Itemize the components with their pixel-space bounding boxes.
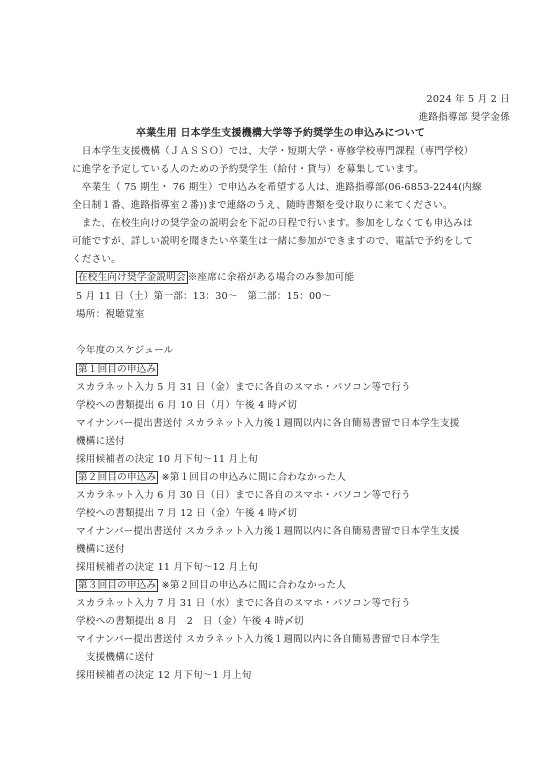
round-1-label: 第１回目の申込み (76, 363, 158, 376)
round-3-header: 第３回目の申込み ※第２回目の申込みに間に合わなかった人 (76, 580, 346, 592)
round-2-line: スカラネット入力 6 月 30 日（日）までに各自のスマホ・パソコン等で行う (76, 490, 411, 502)
round-3-line: 支援機構に送付 (76, 652, 154, 664)
briefing-label: 在校生向け奨学金説明会 (76, 271, 188, 284)
department: 進路指導部 奨学金係 (419, 112, 510, 124)
round-2-line: 学校への書類提出 7 月 12 日（金）午後 4 時〆切 (76, 508, 297, 520)
round-1-line: 機構に送付 (76, 436, 125, 448)
intro-line: また、在校生向けの奨学金の説明会を下記の日程で行います。参加をしなくても申込みは (72, 218, 473, 230)
briefing-note: ※座席に余裕がある場合のみ参加可能 (188, 272, 355, 283)
document-title: 卒業生用 日本学生支援機構大学等予約奨学生の申込みについて (136, 128, 425, 140)
intro-line: 日本学生支援機構（ＪＡＳＳＯ）では、大学・短期大学・専修学校専門課程（専門学校） (72, 146, 474, 158)
round-3-label: 第３回目の申込み (76, 579, 158, 592)
intro-line: 可能ですが、詳しい説明を聞きたい卒業生は一緒に参加ができますので、電話で予約をし… (72, 236, 473, 248)
schedule-heading: 今年度のスケジュール (76, 345, 173, 357)
round-1-line: スカラネット入力 5 月 31 日（金）までに各自のスマホ・パソコン等で行う (76, 382, 411, 394)
round-2-line: 機構に送付 (76, 544, 125, 556)
round-1-header: 第１回目の申込み (76, 364, 158, 376)
briefing-time: 5 月 11 日（土）第一部：13：30～ 第二部：15：00～ (76, 291, 331, 303)
round-2-line: 採用候補者の決定 11 月下旬～12 月上旬 (76, 562, 258, 574)
round-1-line: 採用候補者の決定 10 月下旬～11 月上旬 (76, 454, 258, 466)
intro-line: に進学を予定している人のための予約奨学生（給付・貸与）を募集しています。 (72, 164, 424, 176)
round-3-line: スカラネット入力 7 月 31 日（水）までに各自のスマホ・パソコン等で行う (76, 598, 411, 610)
round-3-line: 学校への書類提出 8 月 2 日（金）午後 4 時〆切 (76, 616, 304, 628)
round-2-line: マイナンバー提出書送付 スカラネット入力後１週間以内に各自簡易書留で日本学生支援 (76, 526, 460, 538)
intro-line: 全日制１番、進路指導室２番))まで連絡のうえ、随時書類を受け取りに来てください。 (72, 200, 453, 212)
round-1-line: 学校への書類提出 6 月 10 日（月）午後 4 時〆切 (76, 400, 297, 412)
briefing-header: 在校生向け奨学金説明会※座席に余裕がある場合のみ参加可能 (76, 272, 354, 284)
round-3-line: マイナンバー提出書送付 スカラネット入力後１週間以内に各自簡易書留で日本学生 (76, 634, 440, 646)
briefing-place: 場所：視聴覚室 (76, 309, 145, 321)
intro-line: 卒業生（ 75 期生・ 76 期生）で申込みを希望する人は、進路指導部(06-6… (72, 182, 482, 194)
round-3-line: 採用候補者の決定 12 月下旬～1 月上旬 (76, 670, 252, 682)
date: 2024 年 5 月 2 日 (427, 94, 510, 106)
document-page: 2024 年 5 月 2 日 進路指導部 奨学金係 卒業生用 日本学生支援機構大… (0, 0, 543, 768)
round-2-header: 第２回目の申込み ※第１回目の申込みに間に合わなかった人 (76, 472, 346, 484)
round-2-label: 第２回目の申込み (76, 471, 158, 484)
intro-line: ください。 (72, 254, 121, 266)
round-1-line: マイナンバー提出書送付 スカラネット入力後１週間以内に各自簡易書留で日本学生支援 (76, 418, 460, 430)
